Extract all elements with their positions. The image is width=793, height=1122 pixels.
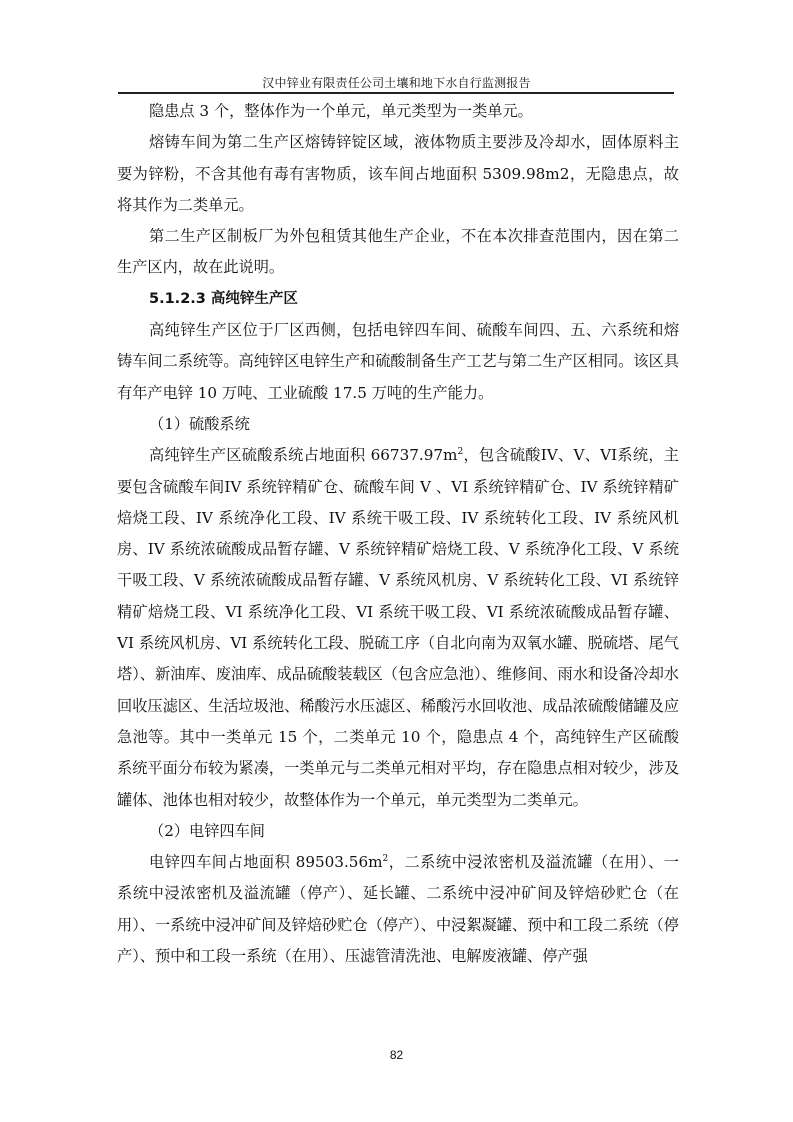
subheading-electro-zinc-workshop-4: （2）电锌四车间 [117, 816, 679, 847]
text-rest: ，包含硫酸IV、V、VI系统，主要包含硫酸车间IV 系统锌精矿仓、硫酸车间 V … [117, 446, 679, 808]
paragraph-casting-workshop: 熔铸车间为第二生产区熔铸锌锭区域，液体物质主要涉及冷却水，固体原料主要为锌粉，不… [117, 127, 679, 221]
document-body: 隐患点 3 个，整体作为一个单元，单元类型为一类单元。 熔铸车间为第二生产区熔铸… [117, 96, 679, 972]
page-number: 82 [0, 1048, 793, 1062]
paragraph-electro-zinc-workshop-4: 电锌四车间占地面积 89503.56m2，二系统中浸浓密机及溢流罐（在用）、一系… [117, 847, 679, 972]
paragraph-sulfuric-acid-system: 高纯锌生产区硫酸系统占地面积 66737.97m2，包含硫酸IV、V、VI系统，… [117, 440, 679, 816]
text-lead: 高纯锌生产区硫酸系统占地面积 66737.97m [149, 446, 457, 464]
paragraph-board-factory: 第二生产区制板厂为外包租赁其他生产企业，不在本次排查范围内，因在第二生产区内，故… [117, 221, 679, 284]
header-rule [118, 92, 674, 94]
paragraph-high-purity-zinc-area: 高纯锌生产区位于厂区西侧，包括电锌四车间、硫酸车间四、五、六系统和熔铸车间二系统… [117, 315, 679, 409]
paragraph-hidden-danger-summary: 隐患点 3 个，整体作为一个单元，单元类型为一类单元。 [117, 96, 679, 127]
section-heading: 5.1.2.3 高纯锌生产区 [117, 284, 679, 315]
text-lead: 电锌四车间占地面积 89503.56m [149, 853, 383, 871]
subheading-sulfuric-acid-system: （1）硫酸系统 [117, 409, 679, 440]
running-header: 汉中锌业有限责任公司土壤和地下水自行监测报告 [120, 76, 673, 90]
